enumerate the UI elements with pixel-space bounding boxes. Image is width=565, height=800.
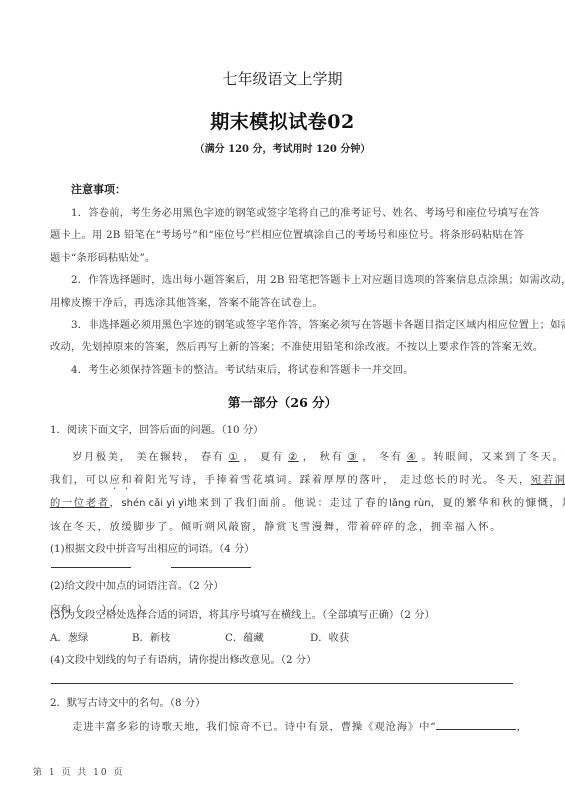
subquestion-4: (4)文段中划线的句子有语病，请你提出修改意见。（2 分） [50,651,316,666]
notice-heading: 注意事项： [71,181,126,197]
blank-2: ② [284,451,303,463]
underlined-sentence-part-2: 的一位老者 [50,497,109,509]
blank-4: ④ [403,451,422,463]
passage-text: ， 冬有 [362,451,403,463]
answer-line-1[interactable] [51,567,131,568]
passage-line-2: 我们，可以应和着阳光写诗，手捧着雪花填词。踩着厚厚的落叶， 走过悠长的时光。冬天… [50,471,565,492]
notice-3-line-2: 改动，先划掉原来的答案，然后再写上新的答案；不准使用铅笔和涂改液。不按以上要求作… [50,338,543,353]
subquestion-2: (2)给文段中加点的词语注音。（2 分） [50,577,224,592]
question-2-prompt: 2．默写古诗文中的名句。（8 分） [50,694,205,709]
passage-line-1: 岁月极美， 美在辗转， 春有①， 夏有②， 秋有③， 冬有④。转眼间，又来到了冬… [72,448,565,463]
passage-text: 。转眼间，又来到了冬天。而 [422,451,565,463]
subquestion-1: (1)根据文段中拼音写出相应的词语。（4 分） [50,540,255,555]
notice-2-line-1: 2．作答选择题时，选出每小题答案后，用 2B 铅笔把答题卡上对应题目选项的答案信… [71,271,565,286]
question-2-text: 走进丰富多彩的诗歌天地，我们惊奇不已。诗中有景，曹操《观沧海》中“ [72,721,436,733]
notice-1-line-3: 题卡“条形码粘贴处”。 [50,249,155,264]
exam-title: 期末模拟试卷02 [0,107,565,134]
notice-3-line-1: 3．非选择题必须用黑色字迹的钢笔或签字笔作答，答案必须写在答题卡各题目指定区域内… [71,316,565,331]
page-number: 第 1 页 共 10 页 [33,765,124,778]
answer-line-2[interactable] [171,567,251,568]
pinyin-1: shén cǎi yì yì [121,498,186,509]
exam-subtitle: （满分 120 分，考试用时 120 分钟） [0,140,565,155]
passage-text: ， [109,497,121,509]
blank-1: ① [225,451,244,463]
notice-1-line-2: 题卡上。用 2B 铅笔在“考场号”和“座位号”栏相应位置填涂自己的考场号和座位号… [50,226,524,241]
question-1-prompt: 1．阅读下面文字，回答后面的问题。（10 分） [50,421,263,436]
notice-1-line-1: 1．答卷前，考生务必用黑色字迹的钢笔或签字笔将自己的准考证号、姓名、考场号和座位… [71,204,540,219]
subquestion-3: (3)为文段空格处选择合适的词语，将其序号填写在横线上。（全部填写正确）（2 分… [50,606,435,621]
passage-text: 着阳光写诗，手捧着雪花填词。踩着厚厚的落叶， 走过悠长的时光。冬天， [133,474,530,486]
passage-text: 岁月极美， 美在辗转， 春有 [72,451,225,463]
notice-2-line-2: 用橡皮擦干净后，再选涂其他答案，答案不能答在试卷上。 [50,294,323,309]
passage-text: 我们，可以 [50,474,109,486]
option-b: B．新枝 [132,629,170,644]
section-title: 第一部分（26 分） [0,393,565,411]
underlined-sentence-part-1: 宛若洞悉世事 [531,474,565,486]
question-2-line-1: 走进丰富多彩的诗歌天地，我们惊奇不已。诗中有景，曹操《观沧海》中“， [72,718,528,733]
passage-line-3: 的一位老者，shén cǎi yì yì地来到了我们面前。他说：走过了春的lǎn… [50,494,565,509]
dotted-word: 应和 [109,474,133,486]
passage-text: 地来到了我们面前。他说：走过了春的 [187,497,389,509]
question-2-text: ， [516,721,527,733]
passage-text: ， 夏有 [243,451,284,463]
passage-text: ， 秋有 [303,451,344,463]
option-a: A．葱绿 [50,629,88,644]
answer-line-3[interactable] [51,683,513,684]
poem-blank[interactable] [436,720,516,730]
option-c: C．蕴藏 [225,629,264,644]
pinyin-2: lǎng rùn [389,498,431,509]
notice-4-line-1: 4．考生必须保持答题卡的整洁。考试结束后，将试卷和答题卡一并交回。 [71,361,414,376]
passage-text: ，夏的繁华和秋的慷慨，是时候， [431,497,565,509]
grade-title: 七年级语文上学期 [0,68,565,89]
blank-3: ③ [343,451,362,463]
passage-line-4: 该在冬天，放缓脚步了。倾听朔风敲窗，静赏飞雪漫舞，带着碎碎的念，拥幸福入怀。 [50,518,502,533]
option-d: D．收获 [310,629,349,644]
